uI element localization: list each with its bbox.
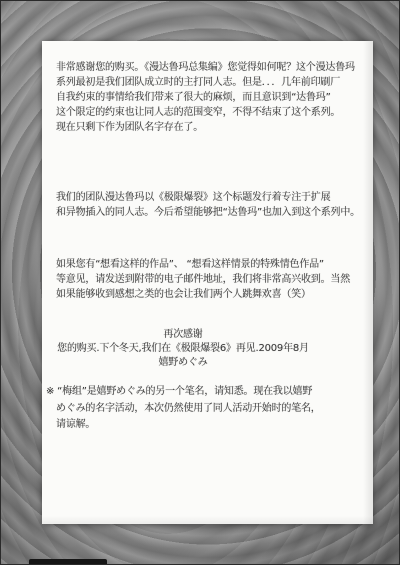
text-line: 和异物插入的同人志。今后希望能够把“达鲁玛”也加入到这个系列中。 (56, 205, 360, 220)
scanned-page-background: 非常感谢您的购买。《漫达鲁玛总集编》您觉得如何呢？这个漫达鲁玛 系列最初是我们团… (0, 0, 400, 565)
closing-block: 再次感谢 您的购买.下个冬天,我们在《极限爆裂6》再见.2009年8月 嬉野めぐ… (47, 328, 319, 370)
paragraph-intro: 非常感谢您的购买。《漫达鲁玛总集编》您觉得如何呢？这个漫达鲁玛 系列最初是我们团… (56, 60, 355, 135)
closing-message: 您的购买.下个冬天,我们在《极限爆裂6》再见.2009年8月 (47, 342, 319, 356)
footnote-line: ※ “梅组”是嬉野めぐみ的另一个笔名，请知悉。现在我以嬉野 (46, 384, 321, 401)
paragraph-series: 我们的团队漫达鲁玛以《极限爆裂》这个标题发行着专注于扩展 和异物插入的同人志。今… (56, 190, 360, 220)
text-line: 非常感谢您的购买。《漫达鲁玛总集编》您觉得如何呢？这个漫达鲁玛 (56, 60, 355, 75)
text-line: 现在只剩下作为团队名字存在了。 (56, 120, 355, 135)
footnote-block: ※ “梅组”是嬉野めぐみ的另一个笔名，请知悉。现在我以嬉野 めぐみ的名字活动，本… (46, 384, 321, 434)
text-line: 等意见，请发送到附带的电子邮件地址，我们将非常高兴收到。当然 (56, 272, 350, 287)
signature: 嬉野めぐみ (47, 356, 319, 370)
closing-thanks: 再次感谢 (47, 328, 319, 342)
scan-edge-artifact (29, 559, 107, 564)
text-line: 如果能够收到感想之类的也会让我们两个人跳舞欢喜（笑） (56, 287, 350, 302)
paper-sheet: 非常感谢您的购买。《漫达鲁玛总集编》您觉得如何呢？这个漫达鲁玛 系列最初是我们团… (42, 41, 373, 524)
text-line: 如果您有“想看这样的作品”、 “想看这样情景的特殊情色作品” (56, 257, 350, 272)
paragraph-feedback: 如果您有“想看这样的作品”、 “想看这样情景的特殊情色作品” 等意见，请发送到附… (56, 257, 350, 302)
footnote-line: 请谅解。 (46, 417, 321, 434)
text-line: 自我约束的事情给我们带来了很大的麻烦，而且意识到“达鲁玛” (56, 90, 355, 105)
text-line: 我们的团队漫达鲁玛以《极限爆裂》这个标题发行着专注于扩展 (56, 190, 360, 205)
footnote-line: めぐみ的名字活动，本次仍然使用了同人活动开始时的笔名， (46, 401, 321, 418)
text-line: 这个限定的约束也让同人志的范围变窄，不得不结束了这个系列。 (56, 105, 355, 120)
text-line: 系列最初是我们团队成立时的主打同人志。但是．．．几年前印刷厂 (56, 75, 355, 90)
